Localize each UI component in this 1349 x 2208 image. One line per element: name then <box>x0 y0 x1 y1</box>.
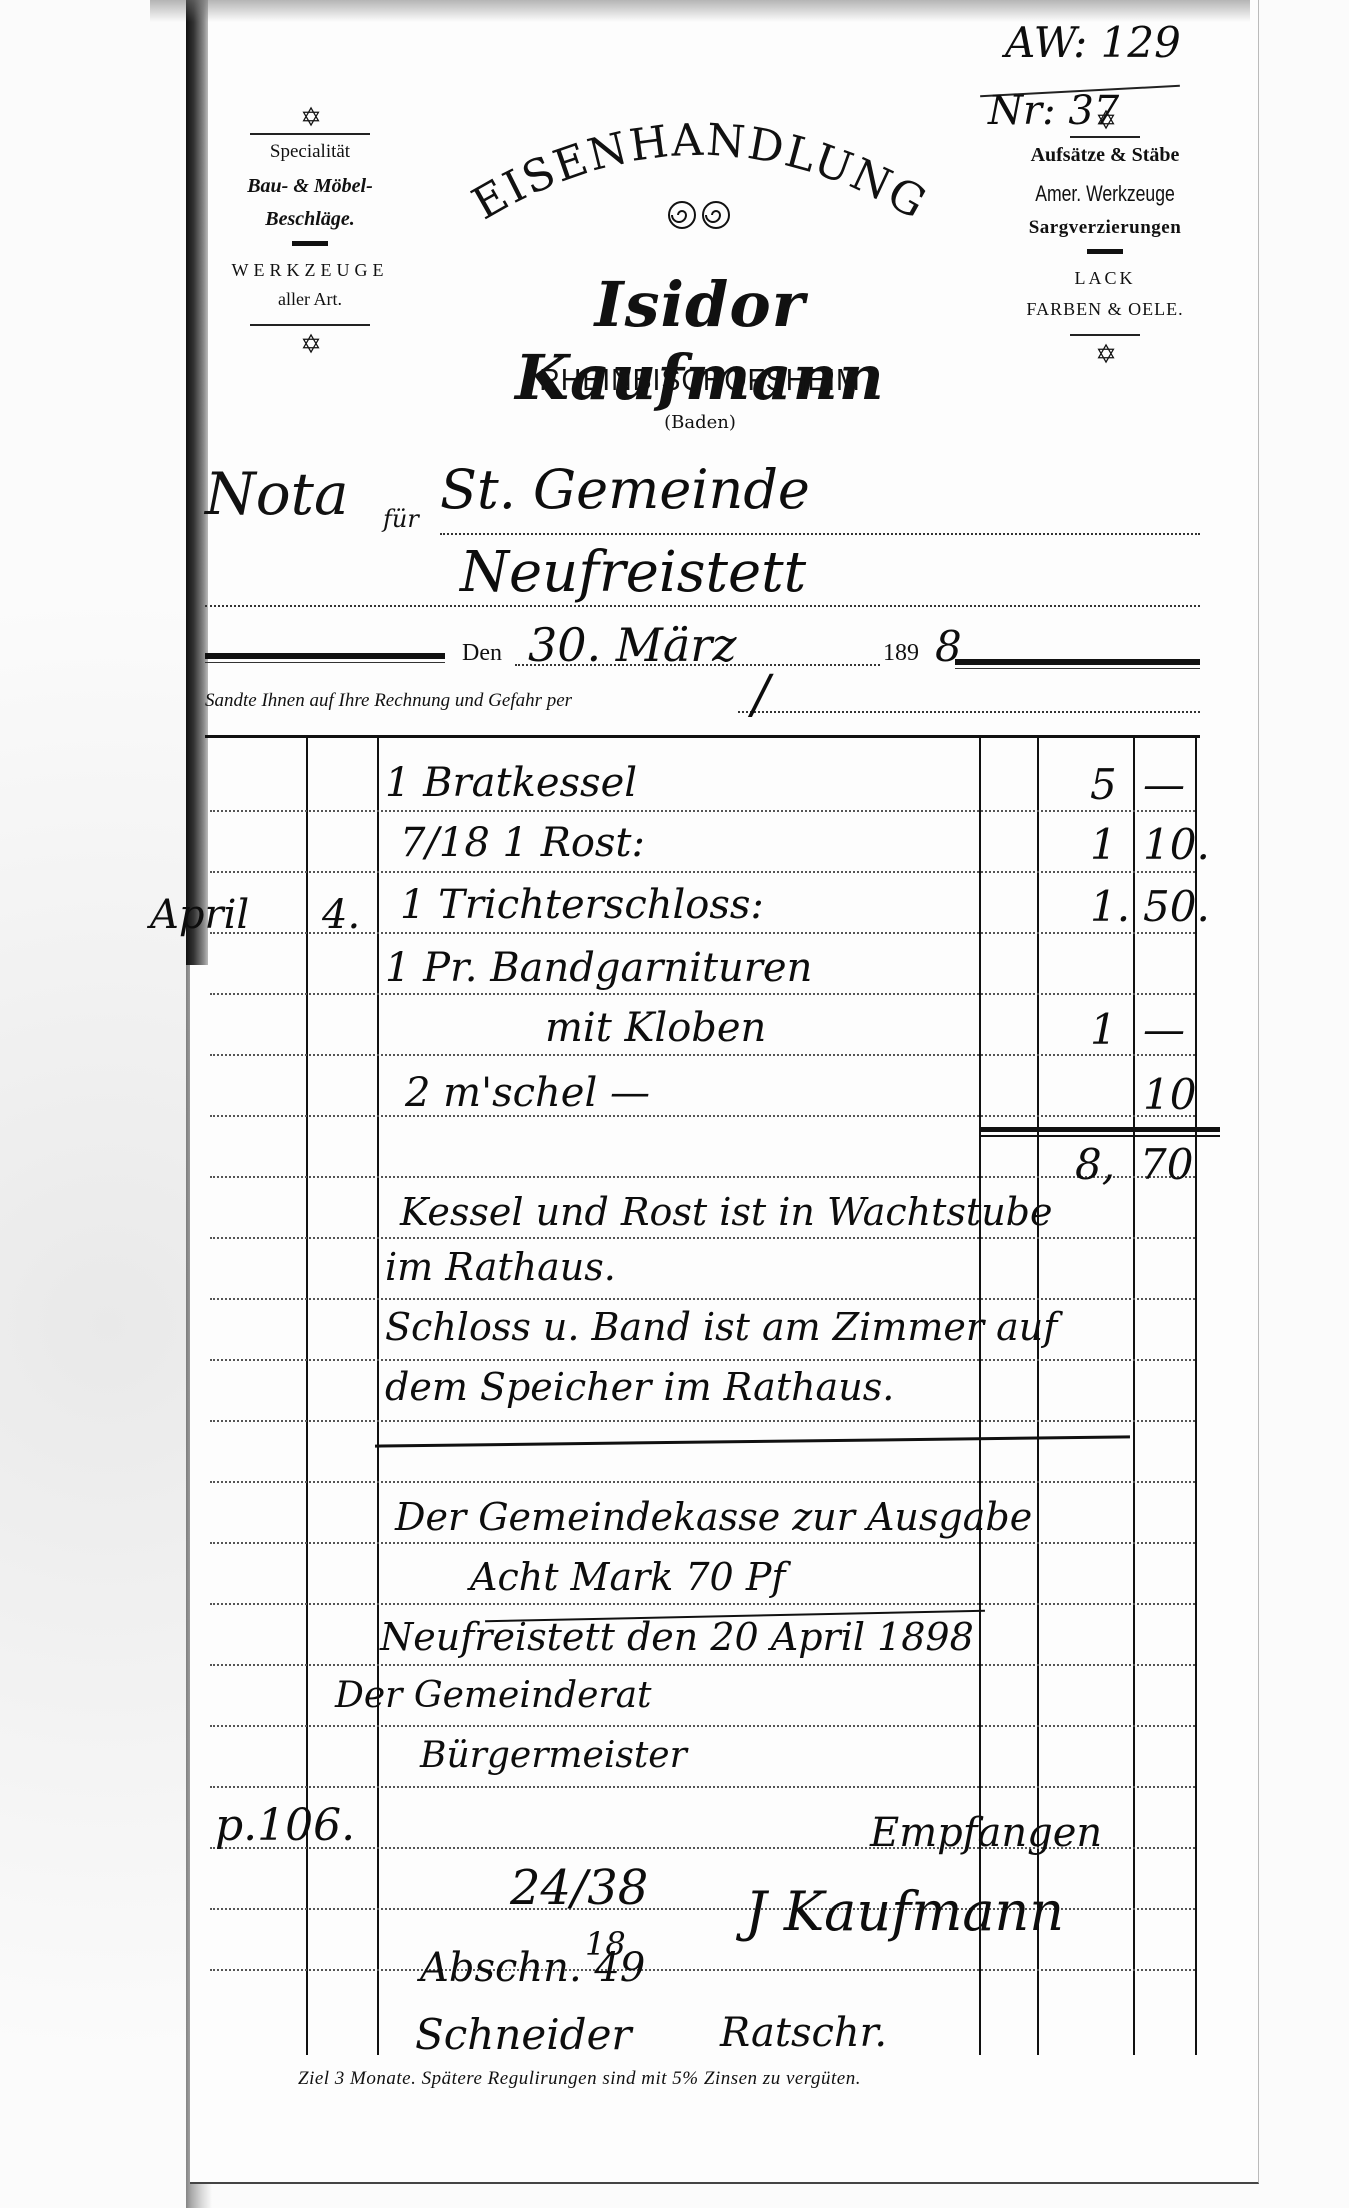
date-label: Den <box>462 640 502 667</box>
receipt-signature: J Kaufmann <box>745 1880 1064 1943</box>
file-number: AW: 129 <box>1005 18 1181 67</box>
payment-place-date: Neufreistett den 20 April 1898 <box>380 1615 974 1659</box>
divider <box>1087 249 1123 254</box>
star-fan-ornament-icon: ✡ <box>200 332 420 358</box>
signature-clerk: Schneider <box>415 2010 632 2059</box>
specialty-line-2: Bau- & Möbel- <box>200 175 420 198</box>
line-item-pfennig: — <box>1143 760 1185 809</box>
tools-label: WERKZEUGE <box>200 260 420 281</box>
line-item-description: mit Kloben <box>545 1005 766 1051</box>
table-top-rule <box>205 735 1200 738</box>
line-item-description: 1 Pr. Bandgarnituren <box>385 945 812 991</box>
line-item-description: 1 Bratkessel <box>385 760 637 806</box>
shipping-dotted-line <box>738 711 1200 713</box>
row-dotted-rule <box>210 1420 1195 1422</box>
specialty-line-3: Beschläge. <box>200 208 420 231</box>
row-dotted-rule <box>210 871 1195 873</box>
column-line-month <box>306 737 308 2055</box>
booking-reference: Abschn. 49 <box>420 1945 645 1991</box>
firm-region: (Baden) <box>420 412 980 433</box>
line-item-pfennig: — <box>1143 1005 1185 1054</box>
month-note: April <box>150 892 249 938</box>
row-dotted-rule <box>210 1237 1195 1239</box>
recipient-dotted-line <box>205 605 1200 607</box>
line-item-marks: 1 <box>1090 820 1117 869</box>
row-dotted-rule <box>210 1542 1195 1544</box>
year-prefix: 189 <box>883 640 919 667</box>
row-dotted-rule <box>210 1603 1195 1605</box>
nota-label: Nota <box>205 460 349 528</box>
date-double-rule <box>955 659 1200 665</box>
divider <box>292 241 328 246</box>
line-item-marks: 1 <box>1090 1005 1117 1054</box>
ornament-rule <box>1070 136 1140 138</box>
row-dotted-rule <box>210 993 1195 995</box>
payment-council: Der Gemeinderat <box>335 1675 652 1716</box>
column-line-pfennig <box>1195 737 1197 2055</box>
recipient-dotted-line <box>440 533 1200 535</box>
product-line-2: Amer. Werkzeuge <box>1001 181 1209 207</box>
line-item-pfennig: 10. <box>1143 820 1210 869</box>
ornament-rule <box>250 324 370 326</box>
for-label: für <box>383 505 419 533</box>
star-fan-ornament-icon: ✡ <box>200 105 420 131</box>
day-value: 4. <box>322 892 360 938</box>
row-dotted-rule <box>210 1725 1195 1727</box>
line-item-description: 2 m'schel — <box>405 1070 650 1116</box>
product-line-1: Aufsätze & Stäbe <box>975 144 1235 167</box>
column-line-marks <box>1133 737 1135 2055</box>
signature-town-clerk: Ratschr. <box>720 2010 887 2056</box>
row-dotted-rule <box>210 1176 1195 1178</box>
column-line-day <box>377 737 379 2055</box>
recipient-line-2: Neufreistett <box>460 540 806 605</box>
line-item-description: 7/18 1 Rost: <box>400 820 645 866</box>
line-item-description: 1 Trichterschloss: <box>400 882 764 928</box>
letterhead-left-column: ✡ Specialität Bau- & Möbel- Beschläge. W… <box>200 105 420 358</box>
row-dotted-rule <box>210 1481 1195 1483</box>
note-line: Kessel und Rost ist in Wachtstube <box>400 1190 1052 1234</box>
payment-line: Der Gemeindekasse zur Ausgabe <box>395 1495 1032 1539</box>
line-item-marks: 1. <box>1090 882 1130 931</box>
row-dotted-rule <box>210 1359 1195 1361</box>
specialty-label: Specialität <box>200 141 420 163</box>
row-dotted-rule <box>210 1115 1195 1117</box>
product-line-4: LACK <box>975 268 1235 289</box>
product-line-3: Sargverzierungen <box>975 217 1235 239</box>
payment-terms-footer: Ziel 3 Monate. Spätere Regulirungen sind… <box>298 2068 861 2090</box>
date-value: 30. März <box>528 618 737 672</box>
payment-mayor: Bürgermeister <box>420 1735 687 1776</box>
line-item-pfennig: 10 <box>1143 1070 1196 1119</box>
firm-city: RHEINBISCHOFSHEIM <box>442 362 957 398</box>
tools-sublabel: aller Art. <box>200 289 420 310</box>
row-dotted-rule <box>210 1786 1195 1788</box>
star-fan-ornament-icon: ✡ <box>975 108 1235 134</box>
shipping-value: / <box>752 665 770 725</box>
ornament-rule <box>250 133 370 135</box>
row-dotted-rule <box>210 1969 1195 1971</box>
account-reference: 24/38 <box>510 1860 648 1916</box>
total-pfennig: 70 <box>1140 1140 1193 1189</box>
payment-amount-words: Acht Mark 70 Pf <box>470 1555 785 1599</box>
line-item-marks: 5 <box>1090 760 1117 809</box>
date-double-rule <box>205 653 445 659</box>
sum-rule <box>980 1127 1220 1132</box>
letterhead-right-column: ✡ Aufsätze & Stäbe Amer. Werkzeuge Sargv… <box>975 108 1235 368</box>
ledger-reference: p.106. <box>215 1800 355 1851</box>
column-line-description-end <box>979 737 981 2055</box>
column-line-subtotal <box>1037 737 1039 2055</box>
row-dotted-rule <box>210 1298 1195 1300</box>
recipient-line-1: St. Gemeinde <box>440 458 810 521</box>
row-dotted-rule <box>210 810 1195 812</box>
product-line-5: FARBEN & OELE. <box>975 299 1235 320</box>
shipping-label: Sandte Ihnen auf Ihre Rechnung und Gefah… <box>205 690 572 712</box>
row-dotted-rule <box>210 1054 1195 1056</box>
ornament-rule <box>1070 334 1140 336</box>
note-line: im Rathaus. <box>385 1245 616 1289</box>
note-line: dem Speicher im Rathaus. <box>385 1365 894 1409</box>
double-spiral-ornament-icon <box>660 195 740 235</box>
row-dotted-rule <box>210 1664 1195 1666</box>
receipt-label: Empfangen <box>870 1810 1102 1856</box>
total-marks: 8, <box>1075 1140 1115 1189</box>
line-item-pfennig: 50. <box>1143 882 1210 931</box>
sum-rule <box>980 1135 1220 1137</box>
star-fan-ornament-icon: ✡ <box>975 342 1235 368</box>
note-line: Schloss u. Band ist am Zimmer auf <box>385 1305 1057 1349</box>
